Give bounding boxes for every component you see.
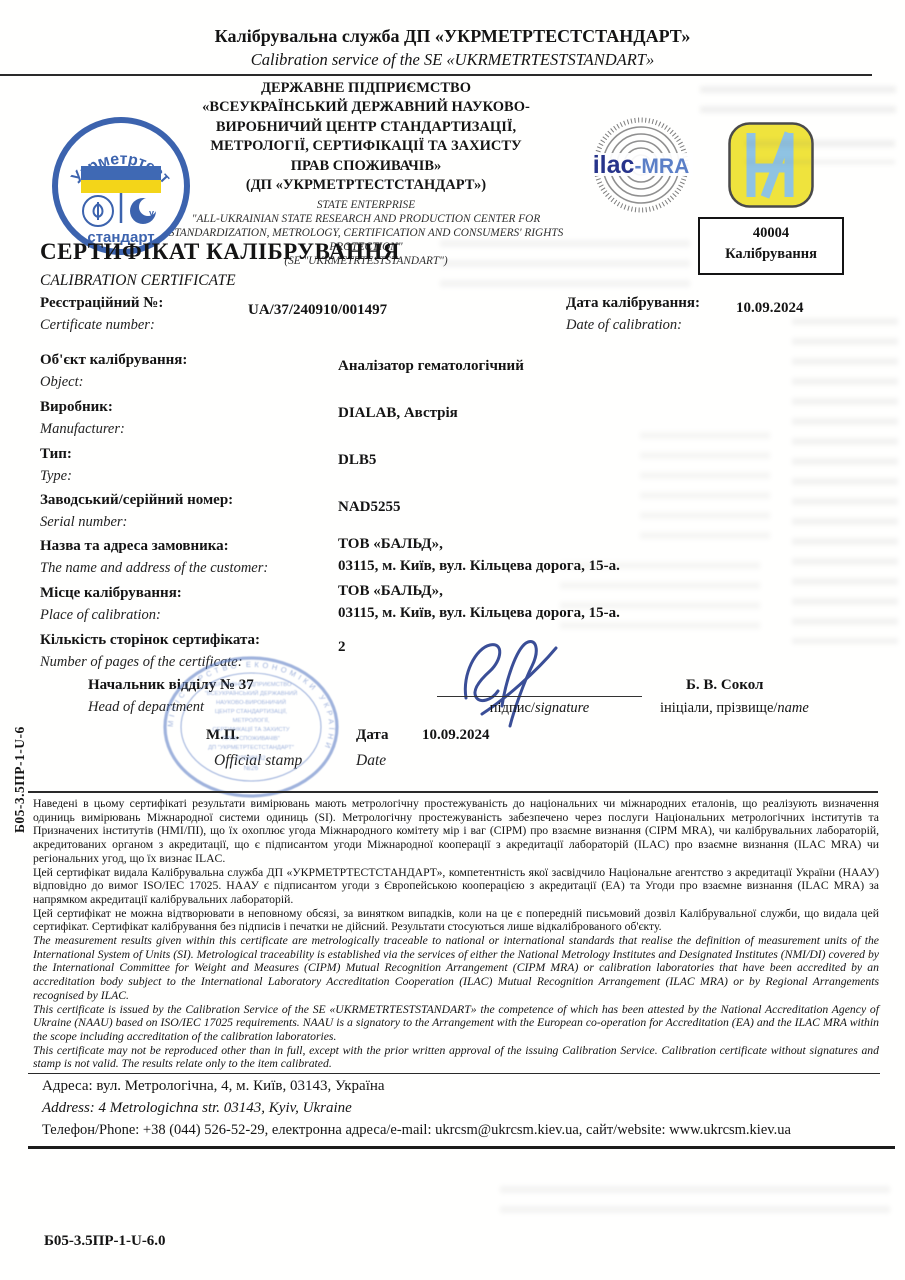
customer-label-en: The name and address of the customer:: [40, 560, 268, 577]
signature-date-value: 10.09.2024: [422, 727, 490, 744]
signature-line: [437, 696, 642, 697]
type-label-en: Type:: [40, 468, 72, 485]
disclaimer-uk-p3: Цей сертифікат не можна відтворювати в н…: [33, 907, 879, 934]
disclaimer-uk-p2: Цей сертифікат видала Калібрувальна служ…: [33, 866, 879, 907]
manufacturer-value: DIALAB, Австрія: [338, 405, 458, 422]
object-value: Аналізатор гематологічний: [338, 358, 524, 375]
customer-label-uk: Назва та адреса замовника:: [40, 538, 229, 555]
signature-caption-en: signature: [535, 700, 589, 716]
enterprise-line: ДЕРЖАВНЕ ПІДПРИЄМСТВО: [130, 79, 602, 98]
serial-value: NAD5255: [338, 499, 401, 516]
disclaimer-block: Наведені в цьому сертифікаті результати …: [33, 797, 879, 1071]
calibration-date-value: 10.09.2024: [736, 300, 804, 317]
manufacturer-label-uk: Виробник:: [40, 399, 113, 416]
enterprise-line-en: STATE ENTERPRISE: [130, 198, 602, 212]
svg-text:ЦЕНТР СТАНДАРТИЗАЦІЇ,: ЦЕНТР СТАНДАРТИЗАЦІЇ,: [215, 708, 288, 715]
bleed-through-noise: [640, 432, 770, 540]
address-uk: Адреса: вул. Метрологічна, 4, м. Київ, 0…: [42, 1078, 385, 1095]
customer-value-line1: ТОВ «БАЛЬД»,: [338, 536, 443, 553]
manufacturer-label-en: Manufacturer:: [40, 421, 125, 438]
place-label-en: Place of calibration:: [40, 607, 161, 624]
enterprise-line: ПРАВ СПОЖИВАЧІВ»: [130, 157, 602, 176]
naau-number: 40004: [700, 223, 842, 244]
bleed-through-noise: [792, 318, 898, 644]
place-value-line2: 03115, м. Київ, вул. Кільцева дорога, 15…: [338, 605, 620, 622]
footer-rule: [28, 1146, 895, 1149]
svg-text:у: у: [149, 208, 154, 218]
svg-text:№26: №26: [244, 765, 259, 772]
disclaimer-uk-p1: Наведені в цьому сертифікаті результати …: [33, 797, 879, 866]
contact-line: Телефон/Phone: +38 (044) 526-52-29, елек…: [42, 1122, 791, 1139]
certificate-title-uk: СЕРТИФІКАТ КАЛІБРУВАННЯ: [40, 239, 400, 265]
address-en: Address: 4 Metrologichna str. 03143, Kyi…: [42, 1100, 352, 1117]
header-rule: [0, 74, 872, 76]
pages-label-uk: Кількість сторінок сертифіката:: [40, 632, 260, 649]
ilac-mra-seal-icon: ilac-MRA: [589, 116, 693, 214]
disclaimer-en-p2: This certificate is issued by the Calibr…: [33, 1003, 879, 1044]
naau-monogram-icon: [727, 121, 815, 209]
type-label-uk: Тип:: [40, 446, 72, 463]
place-label-uk: Місце калібрування:: [40, 585, 182, 602]
name-caption-uk: ініціали, прізвище/: [660, 700, 777, 716]
address-top-rule: [28, 1073, 880, 1074]
svg-text:ПРАВ СПОЖИВАЧІВ": ПРАВ СПОЖИВАЧІВ": [222, 736, 280, 742]
enterprise-line: (ДП «УКРМЕТРТЕСТСТАНДАРТ»): [130, 176, 602, 195]
name-caption-en: name: [777, 700, 808, 716]
signature-caption: підпис/signature: [437, 700, 642, 717]
reg-number-label-en: Certificate number:: [40, 317, 155, 334]
service-title-en: Calibration service of the SE «UKRMETRTE…: [0, 50, 905, 70]
form-code-bottom: Б05-3.5ПР-1-U-6.0: [44, 1233, 166, 1250]
svg-text:02568182: 02568182: [236, 755, 266, 762]
naau-scope: Калібрування: [700, 244, 842, 265]
calibration-date-label-en: Date of calibration:: [566, 317, 682, 334]
name-caption: ініціали, прізвище/name: [660, 700, 809, 717]
svg-text:НАУКОВО-ВИРОБНИЧИЙ: НАУКОВО-ВИРОБНИЧИЙ: [216, 698, 286, 706]
svg-text:СЕРТИФІКАЦІЇ ТА ЗАХИСТУ: СЕРТИФІКАЦІЇ ТА ЗАХИСТУ: [212, 726, 290, 733]
enterprise-line: ВИРОБНИЧИЙ ЦЕНТР СТАНДАРТИЗАЦІЇ,: [130, 118, 602, 137]
enterprise-line: МЕТРОЛОГІЇ, СЕРТИФІКАЦІЇ ТА ЗАХИСТУ: [130, 137, 602, 156]
service-title-uk: Калібрувальна служба ДП «УКРМЕТРТЕСТСТАН…: [0, 26, 905, 47]
reg-number-label-uk: Реєстраційний №:: [40, 295, 163, 312]
disclaimer-en-p3: This certificate may not be reproduced o…: [33, 1044, 879, 1071]
naau-accreditation-box: 40004 Калібрування: [698, 217, 844, 275]
form-code-vertical: Б05-3.5ПР-1-U-6: [12, 703, 28, 833]
official-round-stamp: МІНІСТЕРСТВО ЕКОНОМІКИ УКРАЇНИ ДЕРЖАВНЕ …: [159, 653, 343, 801]
date-label-en: Date: [356, 752, 386, 770]
signatory-name: Б. В. Сокол: [686, 677, 763, 694]
svg-text:МЕТРОЛОГІЇ,: МЕТРОЛОГІЇ,: [233, 717, 270, 724]
enterprise-line-en: "ALL-UKRAINIAN STATE RESEARCH AND PRODUC…: [130, 212, 602, 226]
ukraine-flag-icon: [81, 166, 161, 193]
ukrmetrtest-logo: Укрметртест у стандарт: [50, 115, 192, 257]
bleed-through-noise: [500, 1186, 890, 1226]
reg-number-value: UA/37/240910/001497: [248, 302, 387, 319]
svg-text:ДЕРЖАВНЕ ПІДПРИЄМСТВО: ДЕРЖАВНЕ ПІДПРИЄМСТВО: [211, 682, 292, 688]
certificate-title-en: CALIBRATION CERTIFICATE: [40, 272, 236, 290]
calibration-date-label-uk: Дата калібрування:: [566, 295, 700, 312]
place-value-line1: ТОВ «БАЛЬД»,: [338, 583, 443, 600]
serial-label-uk: Заводський/серійний номер:: [40, 492, 233, 509]
svg-text:"ВСЕУКРАЇНСЬКИЙ ДЕРЖАВНИЙ: "ВСЕУКРАЇНСЬКИЙ ДЕРЖАВНИЙ: [205, 689, 298, 697]
calibration-certificate-page: Калібрувальна служба ДП «УКРМЕТРТЕСТСТАН…: [0, 0, 905, 1280]
signature-caption-uk: підпис/: [490, 700, 535, 716]
disclaimer-top-rule: [28, 791, 878, 793]
date-label-uk: Дата: [356, 727, 388, 744]
object-label-en: Object:: [40, 374, 83, 391]
svg-text:ilac-MRA: ilac-MRA: [593, 151, 690, 179]
disclaimer-en-p1: The measurement results given within thi…: [33, 934, 879, 1003]
serial-label-en: Serial number:: [40, 514, 127, 531]
svg-text:ДП "УКРМЕТРТЕСТСТАНДАРТ": ДП "УКРМЕТРТЕСТСТАНДАРТ": [208, 745, 294, 751]
type-value: DLB5: [338, 452, 376, 469]
customer-value-line2: 03115, м. Київ, вул. Кільцева дорога, 15…: [338, 558, 620, 575]
enterprise-line: «ВСЕУКРАЇНСЬКИЙ ДЕРЖАВНИЙ НАУКОВО-: [130, 98, 602, 117]
object-label-uk: Об'єкт калібрування:: [40, 352, 187, 369]
bleed-through-noise: [700, 86, 896, 114]
